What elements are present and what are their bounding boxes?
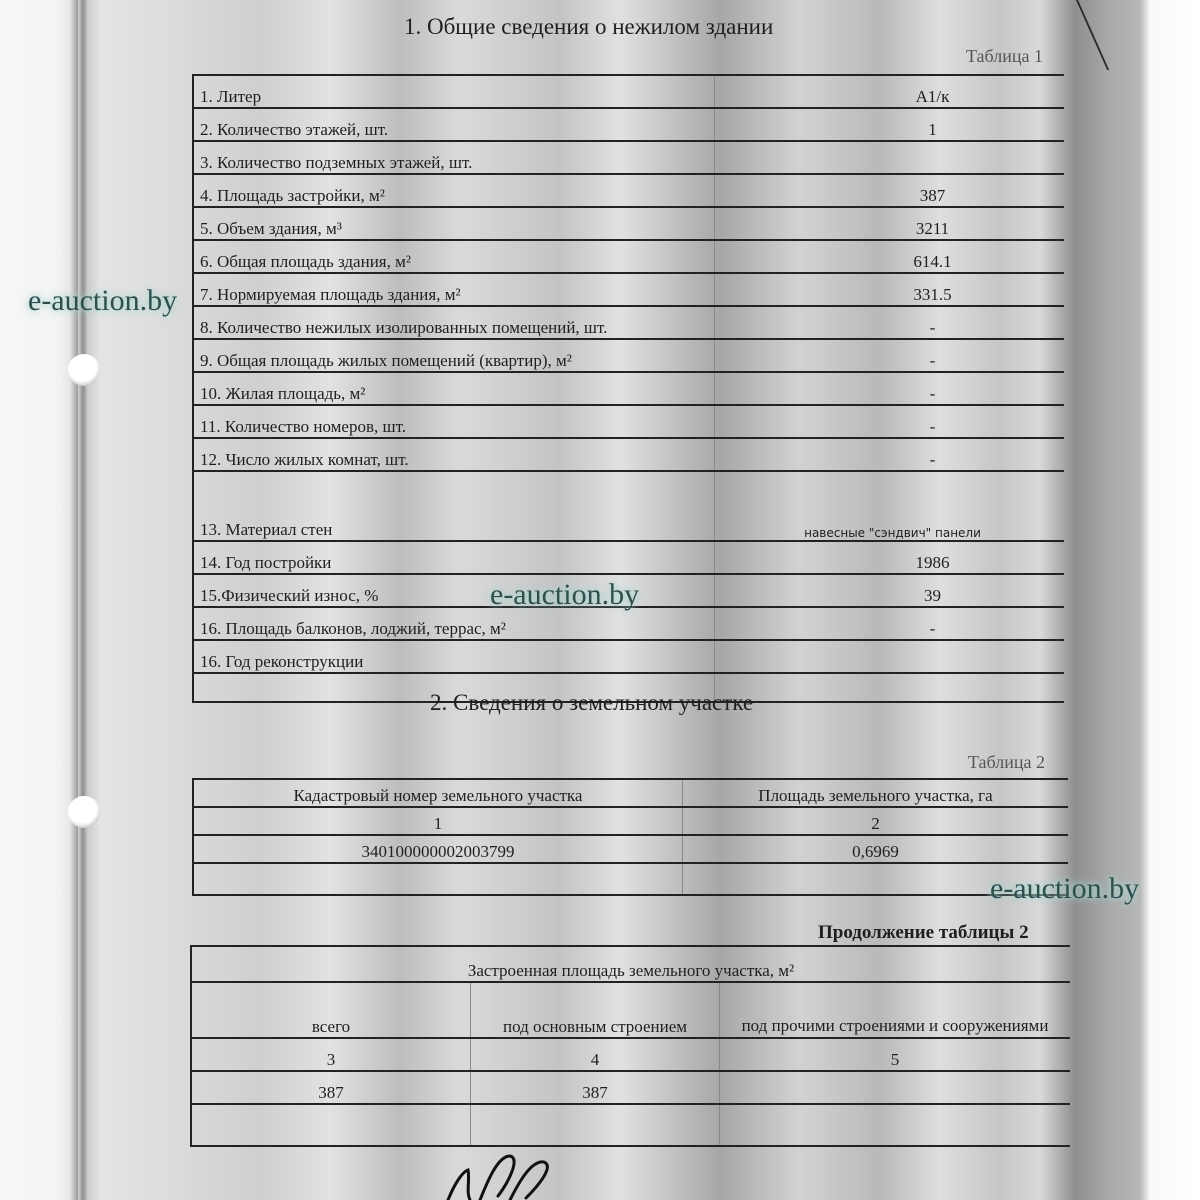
row-value: 1986 [715, 541, 1065, 574]
main-building-area-value: 387 [471, 1071, 720, 1104]
column-number-row: 3 4 5 [191, 1038, 1070, 1071]
watermark: e-auction.by [490, 578, 639, 612]
table-row: 10. Жилая площадь, м²- [193, 372, 1064, 405]
row-label: 12. Число жилых комнат, шт. [193, 438, 715, 471]
watermark: e-auction.by [28, 284, 177, 318]
row-value: - [715, 405, 1065, 438]
row-label: 9. Общая площадь жилых помещений (кварти… [193, 339, 715, 372]
group-header-row: Застроенная площадь земельного участка, … [191, 946, 1070, 982]
table-row: 12. Число жилых комнат, шт.- [193, 438, 1064, 471]
empty-cell [720, 1104, 1071, 1146]
row-value: 1 [715, 108, 1065, 141]
empty-cell [191, 1104, 471, 1146]
table-row [193, 863, 1068, 895]
header-built-area: Застроенная площадь земельного участка, … [191, 946, 1070, 982]
row-value: - [715, 372, 1065, 405]
row-value [715, 640, 1065, 673]
row-value: - [715, 339, 1065, 372]
row-label: 4. Площадь застройки, м² [193, 174, 715, 207]
table-row: 16. Год реконструкции [193, 640, 1064, 673]
other-structures-area-value [720, 1071, 1071, 1104]
table-row: 2. Количество этажей, шт.1 [193, 108, 1064, 141]
row-label: 16. Год реконструкции [193, 640, 715, 673]
table-row: 3. Количество подземных этажей, шт. [193, 141, 1064, 174]
row-label: 6. Общая площадь здания, м² [193, 240, 715, 273]
table-2-caption: Таблица 2 [968, 752, 1045, 773]
col-number: 5 [720, 1038, 1071, 1071]
table-1-caption: Таблица 1 [966, 46, 1043, 67]
plot-area-value: 0,6969 [683, 835, 1069, 863]
row-label: 5. Объем здания, м³ [193, 207, 715, 240]
empty-cell [471, 1104, 720, 1146]
header-plot-area: Площадь земельного участка, га [683, 779, 1069, 807]
row-value: 39 [715, 574, 1065, 607]
land-plot-table: Кадастровый номер земельного участка Пло… [192, 778, 1068, 896]
col-number: 2 [683, 807, 1069, 835]
row-value: 387 [715, 174, 1065, 207]
row-label: 2. Количество этажей, шт. [193, 108, 715, 141]
row-label: 14. Год постройки [193, 541, 715, 574]
row-value: 331.5 [715, 273, 1065, 306]
table-row: 4. Площадь застройки, м²387 [193, 174, 1064, 207]
row-label: 11. Количество номеров, шт. [193, 405, 715, 438]
punch-hole [68, 796, 100, 828]
table-row: 8. Количество нежилых изолированных поме… [193, 306, 1064, 339]
table-row: 5. Объем здания, м³3211 [193, 207, 1064, 240]
punch-hole [68, 354, 100, 386]
row-label: 10. Жилая площадь, м² [193, 372, 715, 405]
col-number: 3 [191, 1038, 471, 1071]
watermark: e-auction.by [990, 872, 1139, 906]
col-number: 4 [471, 1038, 720, 1071]
row-value: 3211 [715, 207, 1065, 240]
cadastral-number-value: 340100000002003799 [193, 835, 683, 863]
table-row: 6. Общая площадь здания, м²614.1 [193, 240, 1064, 273]
row-label: 7. Нормируемая площадь здания, м² [193, 273, 715, 306]
section-1-title: 1. Общие сведения о нежилом здании [404, 14, 773, 40]
row-value: - [715, 607, 1065, 640]
table-2-continuation-caption: Продолжение таблицы 2 [818, 922, 1029, 944]
row-label: 3. Количество подземных этажей, шт. [193, 141, 715, 174]
table-row: 387 387 [191, 1071, 1070, 1104]
header-cadastral-number: Кадастровый номер земельного участка [193, 779, 683, 807]
row-value [715, 141, 1065, 174]
table-row: 13. Материал стеннавесные "сэндвич" пане… [193, 471, 1064, 541]
table-header-row: всего под основным строением под прочими… [191, 982, 1070, 1038]
row-label: 13. Материал стен [193, 471, 715, 541]
section-2-title: 2. Сведения о земельном участке [430, 690, 753, 716]
built-area-table: Застроенная площадь земельного участка, … [190, 945, 1070, 1147]
header-main-building: под основным строением [471, 982, 720, 1038]
header-total: всего [191, 982, 471, 1038]
signature [440, 1150, 570, 1200]
header-other-structures: под прочими строениями и сооружениями [720, 982, 1071, 1038]
table-row: 1. ЛитерА1/к [193, 75, 1064, 108]
empty-cell [193, 863, 683, 895]
row-value: - [715, 306, 1065, 339]
total-area-value: 387 [191, 1071, 471, 1104]
table-row: 7. Нормируемая площадь здания, м²331.5 [193, 273, 1064, 306]
row-value: навесные "сэндвич" панели [715, 471, 1065, 541]
table-row: 11. Количество номеров, шт.- [193, 405, 1064, 438]
table-row [191, 1104, 1070, 1146]
table-header-row: Кадастровый номер земельного участка Пло… [193, 779, 1068, 807]
table-row: 14. Год постройки1986 [193, 541, 1064, 574]
row-label: 8. Количество нежилых изолированных поме… [193, 306, 715, 339]
row-value: - [715, 438, 1065, 471]
row-value: А1/к [715, 75, 1065, 108]
table-row: 340100000002003799 0,6969 [193, 835, 1068, 863]
col-number: 1 [193, 807, 683, 835]
row-value: 614.1 [715, 240, 1065, 273]
column-number-row: 1 2 [193, 807, 1068, 835]
row-value [715, 673, 1065, 702]
table-row: 9. Общая площадь жилых помещений (кварти… [193, 339, 1064, 372]
row-label: 1. Литер [193, 75, 715, 108]
binder-edge [78, 0, 88, 1200]
